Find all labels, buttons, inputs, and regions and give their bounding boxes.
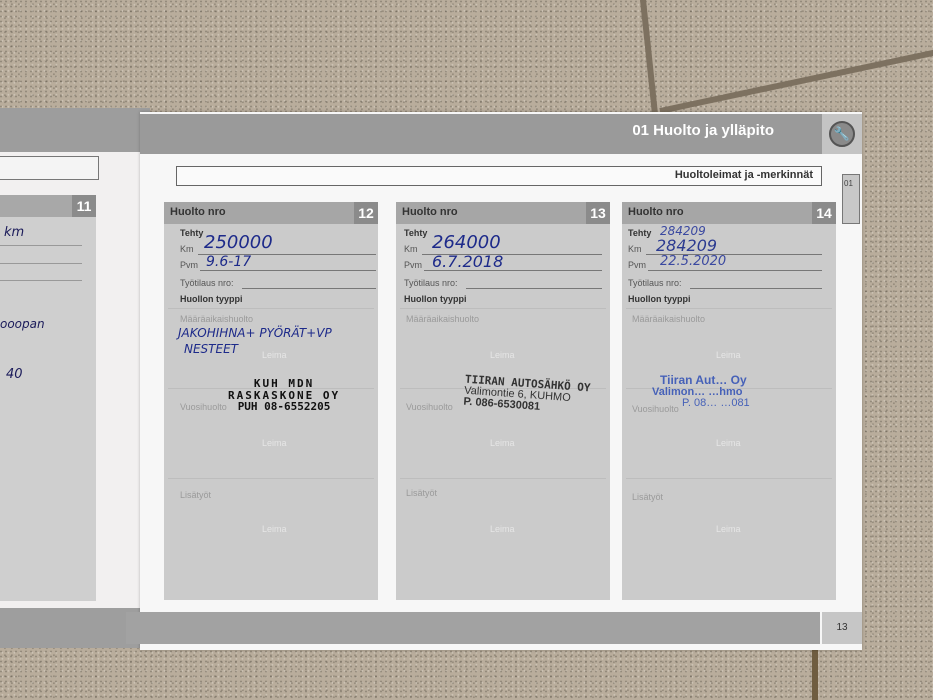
annual-label: Vuosihuolto [406, 402, 453, 412]
stamp-placeholder: Leima [716, 350, 741, 360]
date-label: Pvm [628, 260, 646, 270]
extra-work-label: Lisätyöt [406, 488, 437, 498]
date-value: 22.5.2020 [660, 254, 726, 269]
stamp-placeholder: Leima [490, 524, 515, 534]
service-card-11: 11 km ooopan 40 [0, 195, 96, 601]
card-header: Huolto nro 13 [396, 202, 610, 224]
km-label: Km [180, 244, 194, 254]
type-label: Huollon tyyppi [180, 294, 243, 304]
km-value: 284209 [656, 236, 717, 255]
stamp-placeholder: Leima [262, 438, 287, 448]
side-tab: 01 [842, 174, 860, 224]
card-number: 12 [354, 202, 378, 224]
card-header: 11 [0, 195, 96, 217]
type-label: Huollon tyyppi [628, 294, 691, 304]
km-label: Km [628, 244, 642, 254]
date-value: 9.6-17 [206, 254, 251, 270]
handwritten-note-line2: NESTEET [184, 342, 238, 356]
handwritten-note-line1: JAKOHIHNA+ PYÖRÄT+VP [178, 326, 332, 340]
stamp-placeholder: Leima [262, 350, 287, 360]
card-title: Huolto nro [170, 206, 226, 218]
stamp-placeholder: Leima [262, 524, 287, 534]
card-number: 14 [812, 202, 836, 224]
side-tab-label: 01 [844, 179, 853, 188]
handwritten-km: km [4, 225, 24, 240]
card-title: Huolto nro [628, 206, 684, 218]
right-page: 01 Huolto ja ylläpito 🔧 Huoltoleimat ja … [140, 112, 862, 650]
km-label: Km [404, 244, 418, 254]
section-title: 01 Huolto ja ylläpito [632, 122, 774, 139]
floor-tile-grout [659, 46, 933, 114]
handwritten-number: 40 [6, 367, 23, 382]
extra-work-label: Lisätyöt [632, 492, 663, 502]
stamp-placeholder: Leima [716, 438, 741, 448]
annual-label: Vuosihuolto [180, 402, 227, 412]
handwritten-note: ooopan [0, 317, 45, 331]
subtitle-text: Huoltoleimat ja -merkinnät [675, 169, 813, 181]
order-label: Työtilaus nro: [628, 278, 682, 288]
stamp-placeholder: Leima [490, 438, 515, 448]
section-icon-box: 🔧 [822, 114, 862, 154]
scheduled-label: Määräaikaishuolto [406, 314, 479, 324]
service-card-14: Huolto nro 14 Tehty 284209 Km 284209 Pvm… [622, 202, 836, 600]
service-card-13: Huolto nro 13 Tehty Km 264000 Pvm 6.7.20… [396, 202, 610, 600]
workshop-stamp: Tiiran Aut… Oy Valimon… …hmo P. 08… …081 [652, 374, 750, 410]
page-number: 13 [822, 612, 862, 644]
card-title: Huolto nro [402, 206, 458, 218]
date-label: Pvm [404, 260, 422, 270]
card-number: 11 [72, 195, 96, 217]
type-label: Huollon tyyppi [404, 294, 467, 304]
done-label: Tehty [628, 228, 651, 238]
km-value: 250000 [204, 232, 273, 253]
left-page: 11 km ooopan 40 [0, 108, 150, 648]
stamp-placeholder: Leima [490, 350, 515, 360]
km-value: 264000 [432, 232, 501, 253]
page-footer-band [126, 612, 820, 644]
card-header: Huolto nro 14 [622, 202, 836, 224]
service-card-12: Huolto nro 12 Tehty Km 250000 Pvm 9.6-17… [164, 202, 378, 600]
order-label: Työtilaus nro: [404, 278, 458, 288]
section-header-band: 01 Huolto ja ylläpito [140, 114, 822, 154]
done-label: Tehty [180, 228, 203, 238]
date-label: Pvm [180, 260, 198, 270]
wrench-icon: 🔧 [829, 121, 855, 147]
floor-tile-grout [640, 0, 659, 119]
card-number: 13 [586, 202, 610, 224]
page-subtitle: Huoltoleimat ja -merkinnät [176, 166, 822, 186]
left-page-header-band [0, 108, 150, 152]
stamp-placeholder: Leima [716, 524, 741, 534]
order-label: Työtilaus nro: [180, 278, 234, 288]
scheduled-label: Määräaikaishuolto [632, 314, 705, 324]
workshop-stamp: KUH MDN RASKASKONE OY PUH 08-6552205 [228, 378, 340, 413]
left-page-subtitle-box [0, 156, 99, 180]
extra-work-label: Lisätyöt [180, 490, 211, 500]
scheduled-label: Määräaikaishuolto [180, 314, 253, 324]
done-label: Tehty [404, 228, 427, 238]
card-header: Huolto nro 12 [164, 202, 378, 224]
date-value: 6.7.2018 [432, 252, 503, 271]
